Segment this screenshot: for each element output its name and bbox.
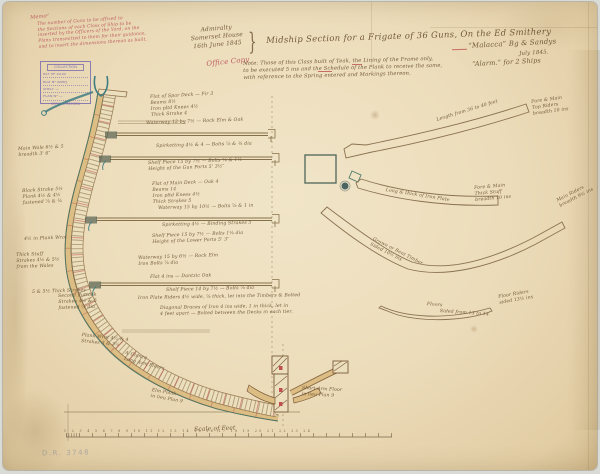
deck-end-detail [268, 130, 275, 143]
square-outline [305, 155, 336, 183]
scale-numbers: 1 2 3 4 5 6 7 8 9 10 11 12 13 14 15 16 1… [64, 429, 398, 433]
davit-eye [42, 111, 47, 116]
platform-line [122, 330, 210, 332]
annotation-futtock: Second Futtock Strakes 4½ & 5 fastened ⅞… [58, 293, 97, 312]
keel-bolt [279, 366, 283, 370]
annotation-thick-stuff: Thick Stuff Strakes 4½ & 5½ from the Wal… [16, 251, 60, 270]
annotation-black-strake: Black Strake 5½ Plank 4½ & 4½ fastened ⅞… [22, 187, 64, 207]
detail-pieces [321, 104, 565, 320]
piece-top-rider [344, 104, 529, 158]
scanned-ship-plan: Memoᵈ The number of Guns to be affixed t… [0, 0, 600, 474]
annotation-diagonal-braces: Diagonal Braces of Iron 4 ins wide, 1 in… [160, 304, 293, 318]
annotation-main-wale: Main Wale 6½ & 5 breadth 3' 6″ [18, 145, 64, 159]
annotation-keel: Short Arm Floor in lieu Plan 9 [301, 386, 342, 400]
hull-drawing [0, 0, 600, 474]
piece-main-rider [321, 207, 565, 272]
deck-end-detail [272, 215, 279, 228]
label-piece-b: Fore & Main Thick Stuff breadth 10 ins [474, 183, 511, 204]
annotation-spar-deck: Flat of Spar Deck — Fir 3 Beams 8½ Iron … [150, 92, 215, 119]
waterway-block [105, 132, 117, 139]
spar-deck-line [116, 133, 268, 136]
boat-davit [45, 92, 93, 112]
ink-blot [342, 183, 349, 190]
deck-end-detail [272, 154, 279, 167]
keel-bolt [279, 388, 283, 392]
archive-number-stamp: D.R. 3748 [42, 449, 90, 458]
deck-end-detail [272, 280, 279, 293]
annotation-main-deck: Flat of Main Deck — Oak 4 Beams 14 Iron … [152, 180, 219, 206]
scale-bar [66, 435, 392, 437]
keel-bolt [279, 402, 283, 406]
